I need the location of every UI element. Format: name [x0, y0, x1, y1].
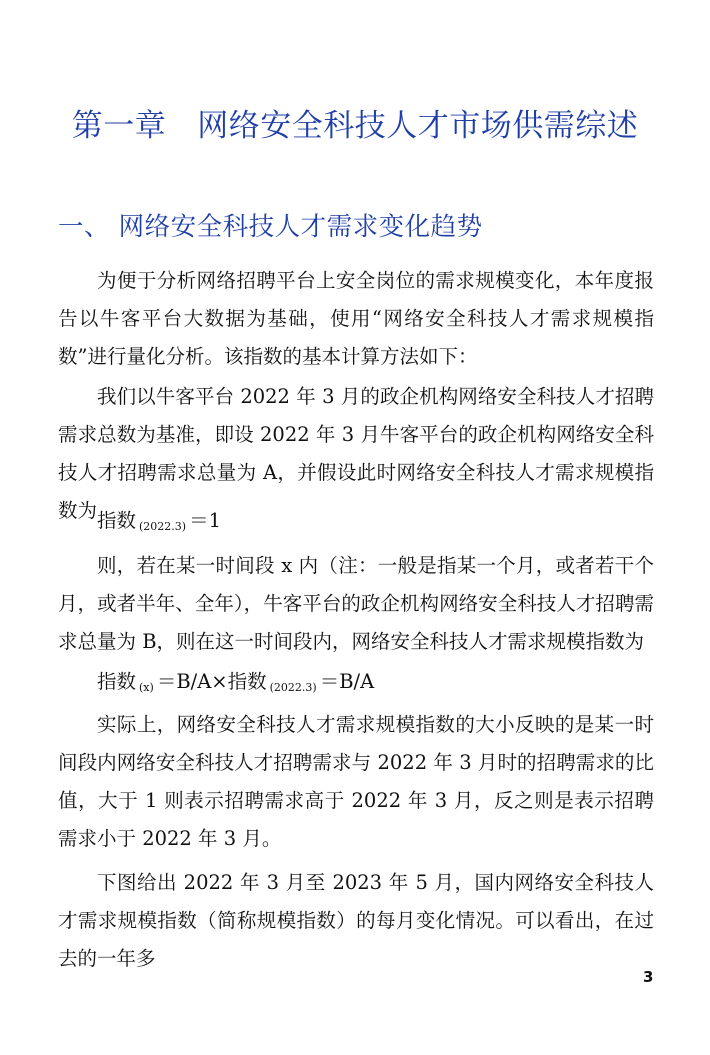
formula-label: 指数 — [97, 509, 136, 532]
formula-base-index: 指数(2022.3)＝1 — [97, 506, 221, 542]
paragraph-intro: 为便于分析网络招聘平台上安全岗位的需求规模变化，本年度报告以牛客平台大数据为基础… — [58, 262, 654, 376]
section-title: 一、 网络安全科技人才需求变化趋势 — [58, 207, 483, 243]
formula-general-index: 指数(x)＝B/A×指数(2022.3)＝B/A — [97, 667, 374, 703]
page-number: 3 — [643, 968, 653, 986]
chapter-title: 第一章 网络安全科技人才市场供需综述 — [0, 100, 710, 145]
formula-rhs: ＝B/A — [320, 670, 374, 693]
paragraph-period: 则，若在某一时间段 x 内（注：一般是指某一个月，或者若干个月，或者半年、全年）… — [58, 547, 654, 661]
formula-rhs: ＝1 — [189, 509, 221, 532]
paragraph-trend: 下图给出 2022 年 3 月至 2023 年 5 月，国内网络安全科技人才需求… — [58, 864, 654, 978]
paragraph-interpretation: 实际上，网络安全科技人才需求规模指数的大小反映的是某一时间段内网络安全科技人才招… — [58, 706, 654, 858]
document-page: 第一章 网络安全科技人才市场供需综述 一、 网络安全科技人才需求变化趋势 为便于… — [0, 0, 710, 1055]
formula-label: 指数 — [97, 670, 136, 693]
formula-subscript-x: (x) — [136, 681, 157, 694]
formula-middle: ＝B/A×指数 — [157, 670, 267, 693]
formula-subscript: (2022.3) — [136, 520, 189, 533]
formula-subscript-base: (2022.3) — [267, 681, 320, 694]
